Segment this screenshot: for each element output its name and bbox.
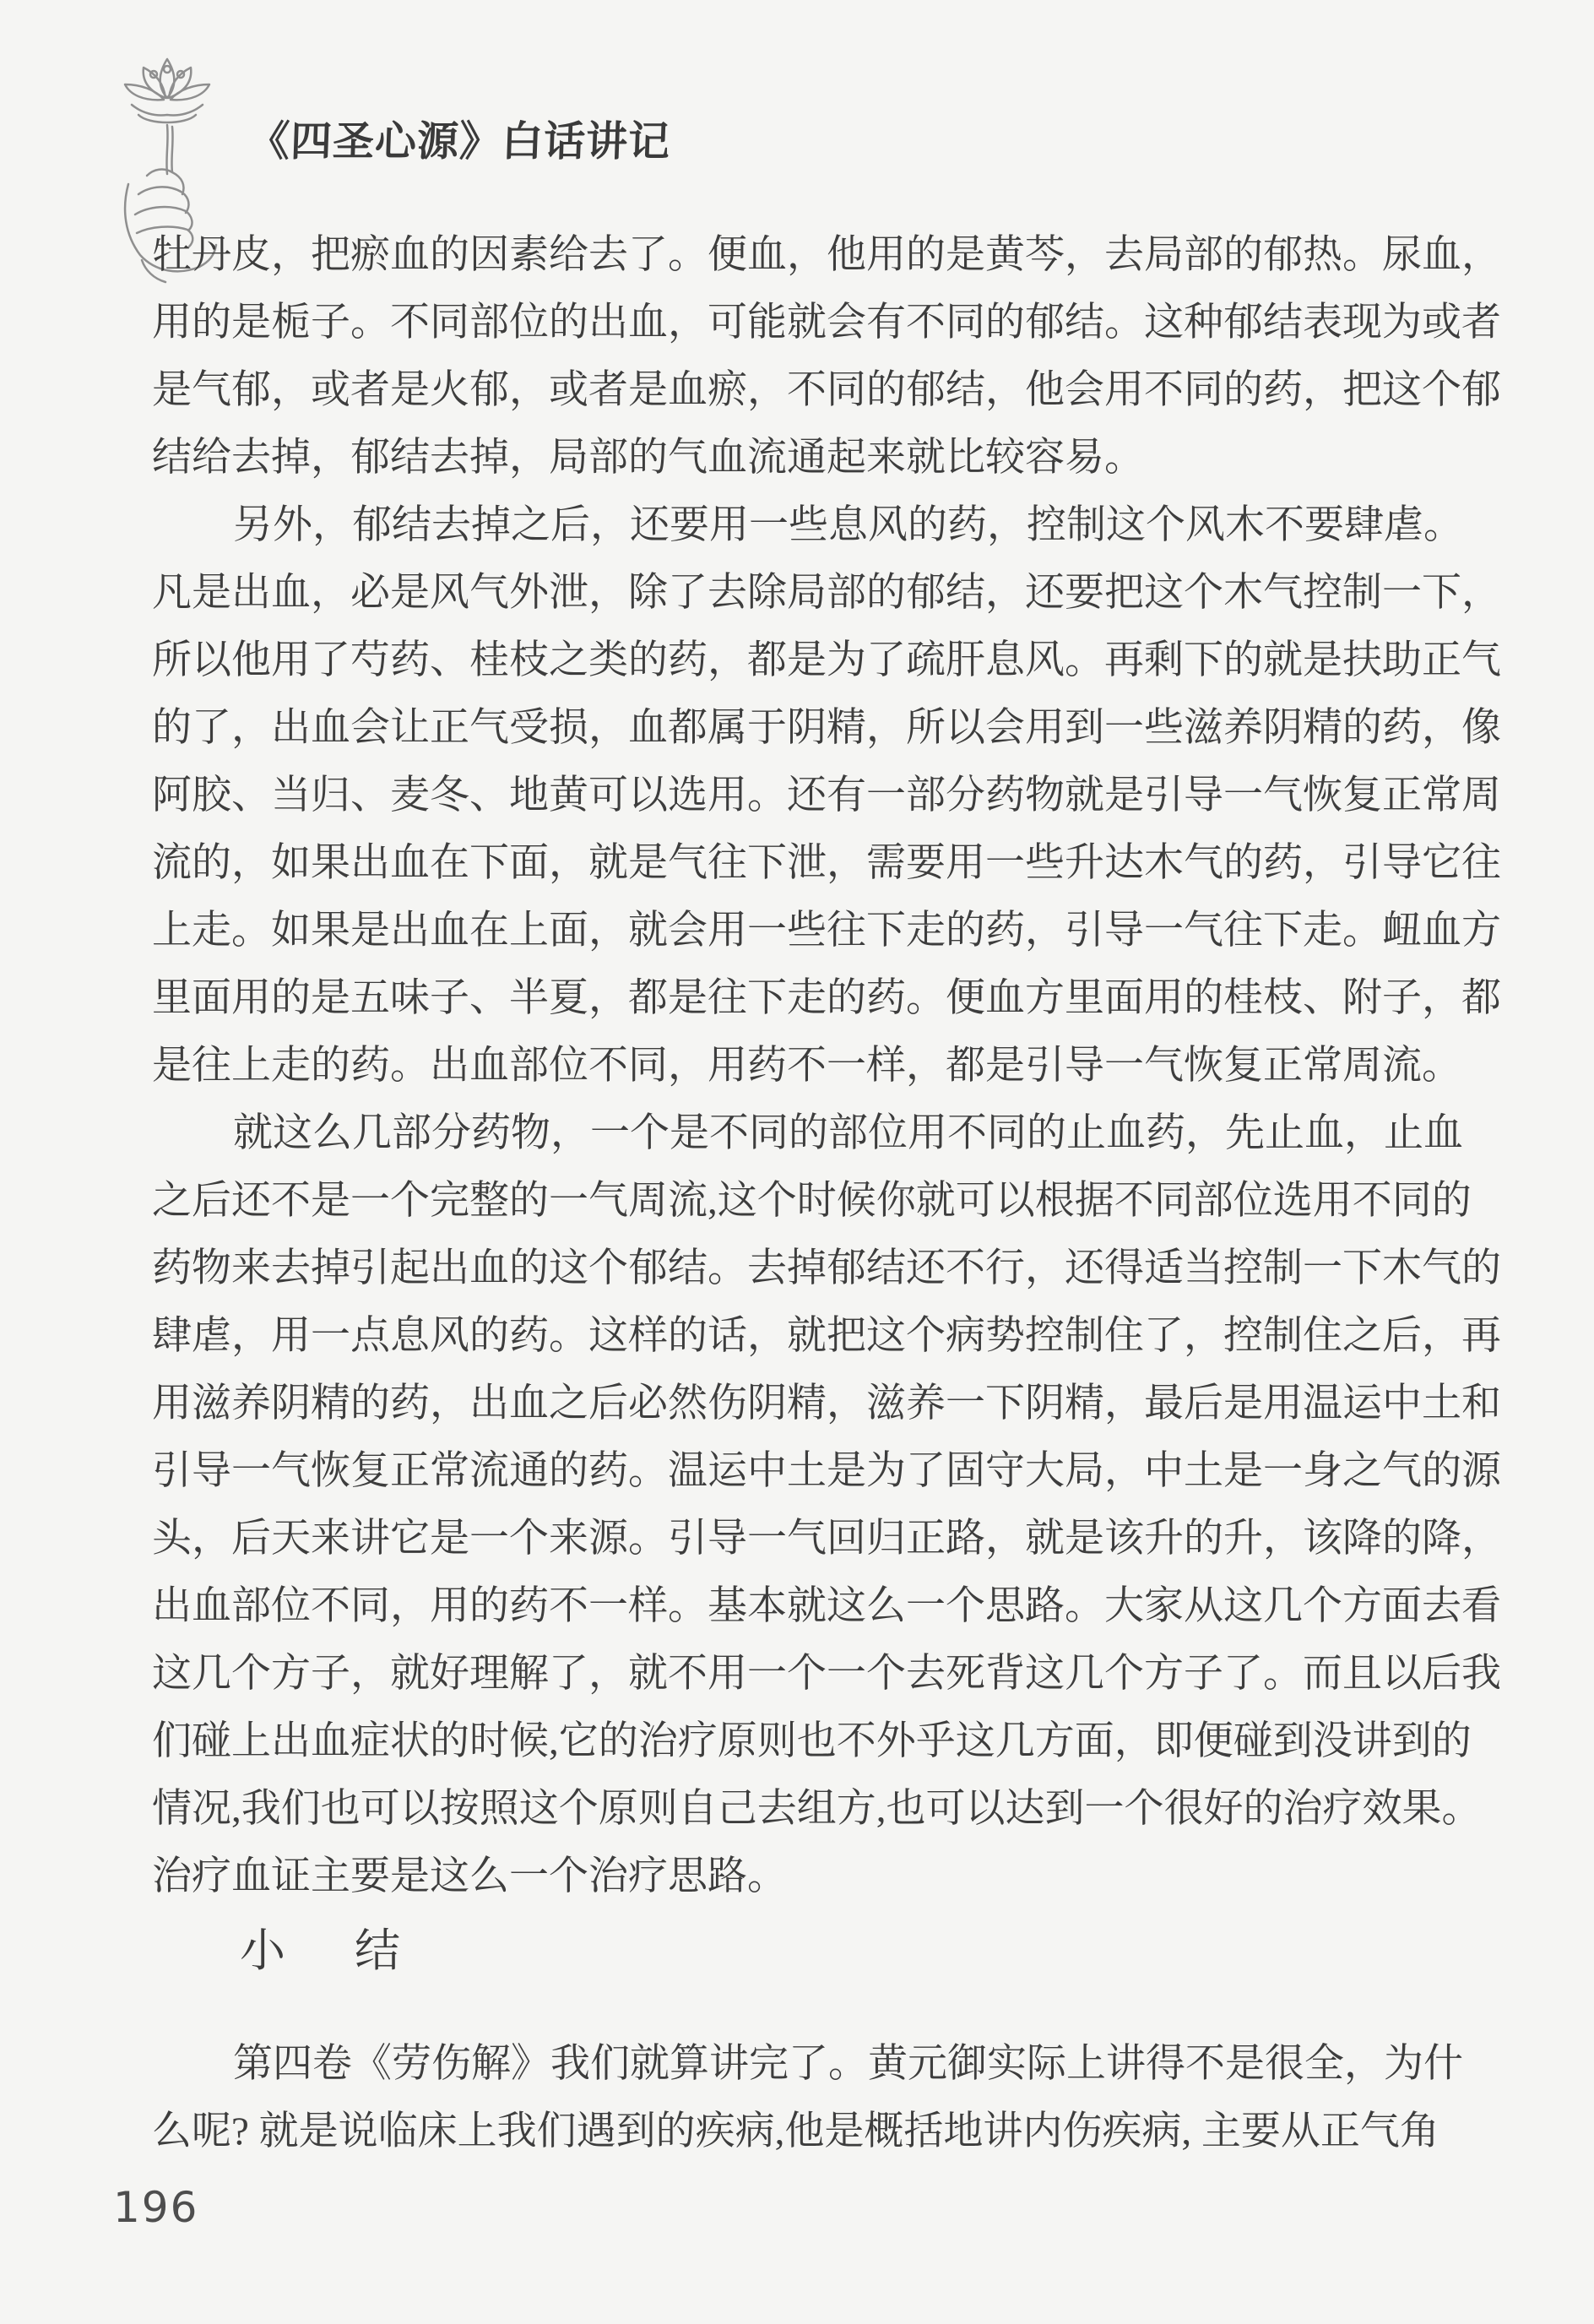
text-line: 药物来去掉引起出血的这个郁结。去掉郁结还不行，还得适当控制一下木气的 <box>152 1235 1520 1302</box>
text-line: 就这么几部分药物，一个是不同的部位用不同的止血药，先止血，止血 <box>152 1100 1520 1167</box>
paragraph: 第四卷《劳伤解》我们就算讲完了。黄元御实际上讲得不是很全，为什么呢? 就是说临床… <box>152 2030 1520 2165</box>
text-line: 是气郁，或者是火郁，或者是血瘀，不同的郁结，他会用不同的药，把这个郁 <box>152 356 1520 424</box>
paragraph: 另外，郁结去掉之后，还要用一些息风的药，控制这个风木不要肆虐。凡是出血，必是风气… <box>152 491 1520 1100</box>
text-line: 头，后天来讲它是一个来源。引导一气回归正路，就是该升的升，该降的降， <box>152 1505 1520 1572</box>
paragraph: 牡丹皮，把瘀血的因素给去了。便血，他用的是黄芩，去局部的郁热。尿血，用的是栀子。… <box>152 221 1520 491</box>
text-line: 里面用的是五味子、半夏，都是往下走的药。便血方里面用的桂枝、附子，都 <box>152 964 1520 1032</box>
book-page: 《四圣心源》白话讲记 牡丹皮，把瘀血的因素给去了。便血，他用的是黄芩，去局部的郁… <box>0 0 1594 2324</box>
text-line: 用滋养阴精的药，出血之后必然伤阴精，滋养一下阴精，最后是用温运中土和 <box>152 1370 1520 1437</box>
text-line: 出血部位不同，用的药不一样。基本就这么一个思路。大家从这几个方面去看 <box>152 1572 1520 1640</box>
text-line: 的了，出血会让正气受损，血都属于阴精，所以会用到一些滋养阴精的药，像 <box>152 694 1520 762</box>
text-line: 阿胶、当归、麦冬、地黄可以选用。还有一部分药物就是引导一气恢复正常周 <box>152 762 1520 829</box>
text-line: 引导一气恢复正常流通的药。温运中土是为了固守大局，中土是一身之气的源 <box>152 1437 1520 1505</box>
paragraph: 就这么几部分药物，一个是不同的部位用不同的止血药，先止血，止血之后还不是一个完整… <box>152 1100 1520 1910</box>
text-line: 情况,我们也可以按照这个原则自己去组方,也可以达到一个很好的治疗效果。 <box>152 1775 1520 1843</box>
text-line: 肆虐，用一点息风的药。这样的话，就把这个病势控制住了，控制住之后，再 <box>152 1302 1520 1370</box>
closing-paragraph: 第四卷《劳伤解》我们就算讲完了。黄元御实际上讲得不是很全，为什么呢? 就是说临床… <box>152 2030 1520 2165</box>
book-title: 《四圣心源》白话讲记 <box>247 108 672 176</box>
text-line: 另外，郁结去掉之后，还要用一些息风的药，控制这个风木不要肆虐。 <box>152 491 1520 559</box>
text-line: 用的是栀子。不同部位的出血，可能就会有不同的郁结。这种郁结表现为或者 <box>152 289 1520 356</box>
text-line: 之后还不是一个完整的一气周流,这个时候你就可以根据不同部位选用不同的 <box>152 1167 1520 1235</box>
page-number: 196 <box>113 2182 198 2233</box>
text-line: 么呢? 就是说临床上我们遇到的疾病,他是概括地讲内伤疾病, 主要从正气角 <box>152 2098 1520 2165</box>
text-line: 牡丹皮，把瘀血的因素给去了。便血，他用的是黄芩，去局部的郁热。尿血， <box>152 221 1520 289</box>
text-line: 是往上走的药。出血部位不同，用药不一样，都是引导一气恢复正常周流。 <box>152 1032 1520 1100</box>
section-heading: 小 结 <box>240 1915 412 1986</box>
text-line: 第四卷《劳伤解》我们就算讲完了。黄元御实际上讲得不是很全，为什 <box>152 2030 1520 2098</box>
text-line: 结给去掉，郁结去掉，局部的气血流通起来就比较容易。 <box>152 424 1520 491</box>
text-line: 治疗血证主要是这么一个治疗思路。 <box>152 1843 1520 1910</box>
text-line: 凡是出血，必是风气外泄，除了去除局部的郁结，还要把这个木气控制一下， <box>152 559 1520 627</box>
text-line: 这几个方子，就好理解了，就不用一个一个去死背这几个方子了。而且以后我 <box>152 1640 1520 1708</box>
body-text: 牡丹皮，把瘀血的因素给去了。便血，他用的是黄芩，去局部的郁热。尿血，用的是栀子。… <box>152 221 1520 1910</box>
text-line: 所以他用了芍药、桂枝之类的药，都是为了疏肝息风。再剩下的就是扶助正气 <box>152 627 1520 694</box>
text-line: 流的，如果出血在下面，就是气往下泄，需要用一些升达木气的药，引导它往 <box>152 829 1520 897</box>
text-line: 上走。如果是出血在上面，就会用一些往下走的药，引导一气往下走。衄血方 <box>152 897 1520 964</box>
text-line: 们碰上出血症状的时候,它的治疗原则也不外乎这几方面，即便碰到没讲到的 <box>152 1708 1520 1775</box>
